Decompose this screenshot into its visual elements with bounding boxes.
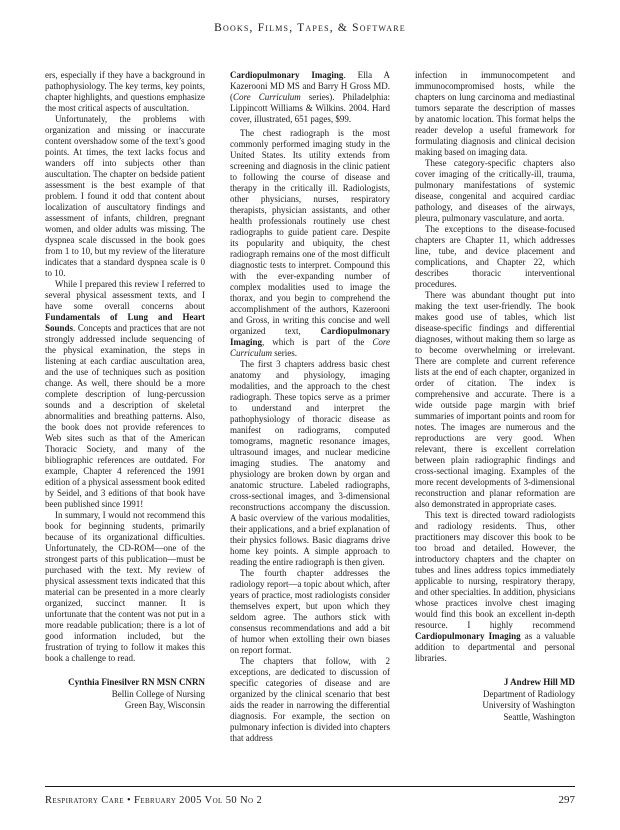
paragraph: The chapters that follow, with 2 excepti… — [230, 656, 390, 744]
paragraph: Unfortunately, the problems with organiz… — [45, 114, 205, 279]
paragraph: ers, especially if they have a backgroun… — [45, 70, 205, 114]
paragraph: infection in immunocompetent and immunoc… — [415, 70, 575, 158]
footer-row: Respiratory Care • February 2005 Vol 50 … — [45, 794, 575, 806]
signature-line: Bellin College of Nursing — [45, 689, 205, 701]
journal-page: Books, Films, Tapes, & Software ers, esp… — [0, 0, 620, 830]
column-2: Cardiopulmonary Imaging. Ella A Kazeroon… — [230, 70, 390, 744]
paragraph: While I prepared this review I referred … — [45, 279, 205, 510]
text-columns: ers, especially if they have a backgroun… — [45, 70, 575, 744]
signature-line: Seattle, Washington — [415, 712, 575, 724]
signature-line: J Andrew Hill MD — [415, 677, 575, 689]
signature-line: Department of Radiology — [415, 689, 575, 701]
running-head: Books, Films, Tapes, & Software — [45, 22, 575, 34]
signature-line: University of Washington — [415, 700, 575, 712]
signature-line: Green Bay, Wisconsin — [45, 700, 205, 712]
paragraph: The chest radiograph is the most commonl… — [230, 128, 390, 359]
paragraph: The first 3 chapters address basic chest… — [230, 359, 390, 568]
paragraph: This text is directed toward radiologist… — [415, 510, 575, 664]
paragraph: These category-specific chapters also co… — [415, 158, 575, 224]
paragraph: There was abundant thought put into maki… — [415, 290, 575, 510]
signature-block: Cynthia Finesilver RN MSN CNRNBellin Col… — [45, 677, 205, 712]
book-citation: Cardiopulmonary Imaging. Ella A Kazeroon… — [230, 70, 390, 125]
signature-block: J Andrew Hill MDDepartment of RadiologyU… — [415, 677, 575, 723]
paragraph: The fourth chapter addresses the radiolo… — [230, 568, 390, 656]
signature-line: Cynthia Finesilver RN MSN CNRN — [45, 677, 205, 689]
column-1: ers, especially if they have a backgroun… — [45, 70, 205, 712]
paragraph: In summary, I would not recommend this b… — [45, 510, 205, 664]
journal-citation: Respiratory Care • February 2005 Vol 50 … — [45, 795, 262, 806]
page-footer: Respiratory Care • February 2005 Vol 50 … — [45, 786, 575, 806]
page-number: 297 — [559, 794, 576, 806]
paragraph: The exceptions to the disease-focused ch… — [415, 224, 575, 290]
column-3: infection in immunocompetent and immunoc… — [415, 70, 575, 723]
footer-rule — [45, 786, 575, 787]
